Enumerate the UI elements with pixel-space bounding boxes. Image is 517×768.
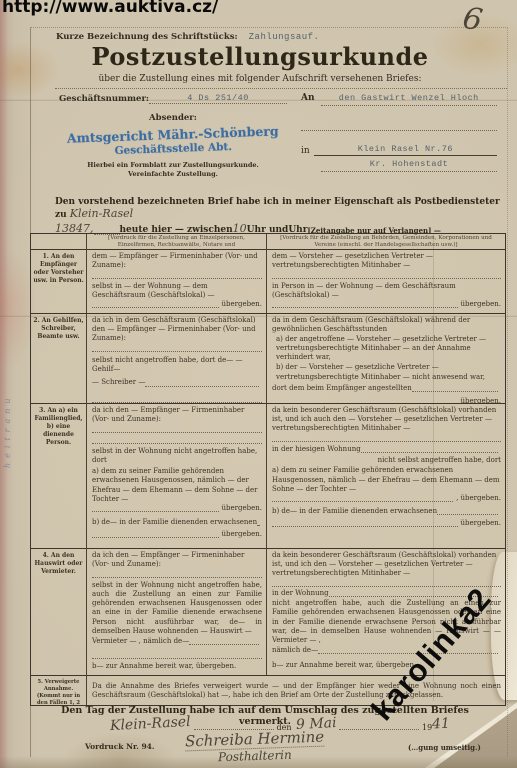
row4-right-line: nämlich de—	[272, 646, 318, 655]
scanned-document: http://www.auktiva.cz/ 6 heitranu Kurze …	[0, 0, 517, 768]
recipient-place: Klein Rasel Nr.76	[314, 144, 497, 156]
case-number-value: 4 Ds 251/40	[149, 93, 287, 104]
row5-refused-acceptance-text: Da die Annahme des Briefes verweigert wu…	[92, 682, 501, 700]
row4-left-uebergeben: b— zur Annahme bereit war, übergeben.	[92, 662, 262, 671]
row5-label: 5. Verweigerte Annahme. (Kommt nur in de…	[31, 675, 86, 705]
auction-site-watermark: http://www.auktiva.cz/	[2, 0, 218, 17]
row3-right-line: a) dem zu seiner Familie gehörenden erwa…	[272, 466, 501, 493]
row2-right-line: b) der — Vorsteher — gesetzliche Vertret…	[272, 363, 501, 381]
row2-right-line: dort dem beim Empfänger angestellten	[272, 384, 412, 393]
case-number-label: Geschäftsnummer:	[59, 94, 149, 104]
page-title: Postzustellungsurkunde	[58, 42, 462, 71]
row1-left-line: selbst in — der Wohnung — dem Geschäftsr…	[92, 282, 262, 300]
year-handwritten: 41	[432, 716, 451, 733]
row2-left-line: da ich in dem Geschäftsraum (Geschäftslo…	[92, 316, 262, 343]
row1-right-line: dem — Vorsteher — gesetzlichen Vertreter…	[272, 252, 501, 270]
row3-right-line: da kein besonderer Geschäftsraum (Geschä…	[272, 406, 501, 433]
dotted-blank	[92, 424, 262, 433]
row2-left-cell: da ich in dem Geschäftsraum (Geschäftslo…	[86, 313, 266, 403]
court-stamp: Amtsgericht Mähr.-Schönberg Geschäftsste…	[59, 123, 288, 159]
column-header-individuals: [Vordruck für die Zustellung an Einzelpe…	[86, 234, 266, 249]
row3-right-uebergeben: , übergeben.	[456, 494, 501, 503]
row2-left-line: — Schreiber —	[92, 378, 145, 387]
dotted-blank	[272, 270, 501, 279]
row3-right-uebergeben: übergeben.	[461, 519, 501, 528]
blank-address-line	[301, 106, 497, 131]
row3-right-line: in der hiesigen Wohnung	[272, 445, 361, 454]
column-header-authorities: [Vordruck für die Zustellung an Behörden…	[266, 234, 505, 249]
row3-left-uebergeben: übergeben.	[222, 530, 262, 539]
row4-left-line: Vermieter — , nämlich de—	[92, 637, 189, 646]
row1-left-cell: dem — Empfänger — Firmeninhaber (Vor- un…	[86, 249, 266, 313]
row1-left-line: dem — Empfänger — Firmeninhaber (Vor- un…	[92, 252, 262, 270]
form-number: Vordruck Nr. 94.	[85, 742, 155, 751]
in-label: in	[301, 146, 310, 156]
row4-right-line: da kein besonderer Geschäftsraum (Geschä…	[272, 551, 501, 578]
row3-right-cell: da kein besonderer Geschäftsraum (Geschä…	[266, 403, 505, 548]
dotted-blank	[92, 650, 262, 659]
enclosure-note-line1: Hierbei ein Formblatt zur Zustellungsurk…	[59, 161, 287, 170]
declaration-place-handwritten: Klein-Rasel	[70, 207, 133, 220]
row4-left-cell: da ich den — Empfänger — Firmeninhaber (…	[86, 548, 266, 675]
row3-left-uebergeben: übergeben.	[222, 504, 262, 513]
to-label: An	[301, 93, 315, 103]
short-description-label: Kurze Bezeichnung des Schriftstücks:	[56, 32, 238, 42]
row3-left-line: da ich den — Empfänger — Firmeninhaber (…	[92, 406, 262, 424]
place-handwritten: Klein-Rasel	[110, 714, 191, 734]
sender-block: Geschäftsnummer: 4 Ds 251/40 Absender: A…	[55, 89, 293, 197]
enclosure-note-line2: Vereinfachte Zustellung.	[59, 170, 287, 179]
recipient-district: Kr. Hohenstadt	[321, 159, 497, 172]
row4-right-line: in der Wohnung	[272, 589, 329, 598]
dotted-blank	[92, 435, 262, 444]
row5-cell: Da die Annahme des Briefes verweigert wu…	[86, 675, 505, 705]
recipient-block: An den Gastwirt Wenzel Hloch in Klein Ra…	[293, 89, 507, 197]
row2-right-cell: da in dem Geschäftsraum (Geschäftslokal)…	[266, 313, 505, 403]
row2-label: 2. An Gehilfen, Schreiber, Beamte usw.	[31, 313, 86, 403]
row3-right-line: nicht selbst angetroffen habe, dort	[272, 456, 501, 465]
enclosure-note: Hierbei ein Formblatt zur Zustellungsurk…	[59, 161, 287, 179]
year-prefix: 19	[422, 723, 432, 732]
row3-left-line: b) de— in der Familie dienenden erwachse…	[92, 518, 257, 527]
dotted-blank	[92, 394, 262, 403]
sender-label: Absender:	[59, 113, 287, 123]
row3-left-cell: da ich den — Empfänger — Firmeninhaber (…	[86, 403, 266, 548]
table-corner-cell	[31, 234, 86, 249]
row3-left-line: selbst in der Wohnung nicht angetroffen …	[92, 447, 262, 465]
row4-left-line: da ich den — Empfänger — Firmeninhaber (…	[92, 551, 262, 569]
row2-left-line: selbst nicht angetroffen habe, dort de— …	[92, 356, 262, 374]
row1-right-cell: dem — Vorsteher — gesetzlichen Vertreter…	[266, 249, 505, 313]
row3-label: 3. An a) ein Familienglied, b) eine dien…	[31, 403, 86, 548]
row4-label: 4. An den Hauswirt oder Vermieter.	[31, 548, 86, 675]
address-section: Geschäftsnummer: 4 Ds 251/40 Absender: A…	[55, 88, 507, 197]
row4-left-line: selbst in der Wohnung nicht angetroffen …	[92, 581, 262, 636]
dotted-blank	[92, 569, 262, 578]
row1-label: 1. An den Empfänger oder Vorsteher usw. …	[31, 249, 86, 313]
row3-left-line: a) dem zu seiner Familie gehörenden erwa…	[92, 467, 262, 503]
short-description-value: Zahlungsauf.	[249, 32, 320, 42]
margin-vertical-note: heitranu	[3, 318, 12, 468]
page-subtitle: über die Zustellung eines mit folgender …	[58, 74, 462, 84]
delivery-declaration: Den vorstehend bezeichneten Brief habe i…	[55, 197, 507, 235]
reverse-side-note: (…gung umseitig.)	[408, 743, 481, 752]
row2-right-line: da in dem Geschäftsraum (Geschäftslokal)…	[272, 316, 501, 334]
recipient-name: den Gastwirt Wenzel Hloch	[321, 93, 497, 106]
row2-right-line: a) der angetroffene — Vorsteher — gesetz…	[272, 335, 501, 362]
row4-right-uebergeben: b— zur Annahme bereit war, übergeben.	[272, 661, 501, 670]
row1-right-uebergeben: übergeben.	[461, 300, 501, 309]
row3-right-line: b) de— in der Familie dienenden erwachse…	[272, 507, 437, 516]
signature-role-handwritten: Posthalterin	[218, 748, 292, 765]
dotted-blank	[272, 433, 501, 442]
row1-right-line: in Person in — der Wohnung — dem Geschäf…	[272, 282, 501, 300]
row1-left-uebergeben: übergeben.	[222, 300, 262, 309]
dotted-blank	[92, 343, 262, 352]
dotted-blank	[92, 270, 262, 279]
short-description-row: Kurze Bezeichnung des Schriftstücks: Zah…	[56, 32, 319, 42]
